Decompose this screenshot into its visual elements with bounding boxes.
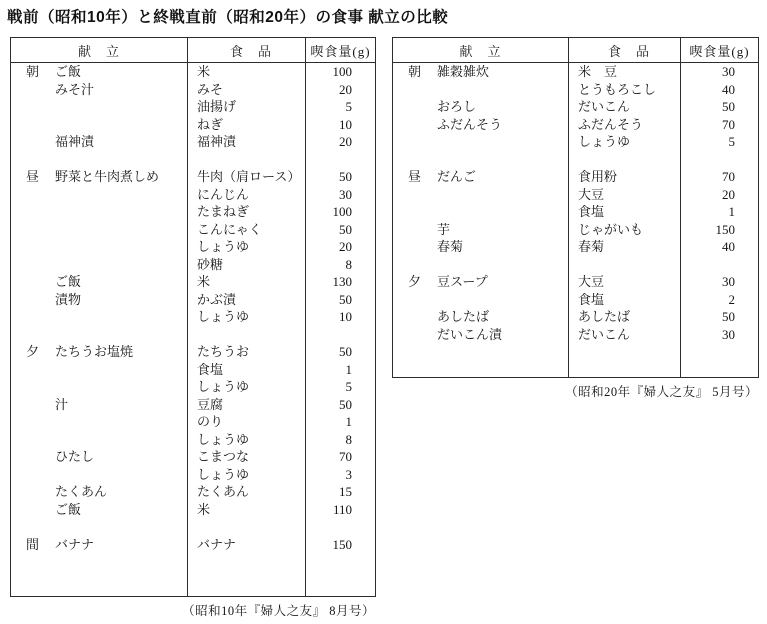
menu-row: しょうゆ3	[11, 466, 376, 484]
food-item-label: たくあん	[188, 483, 306, 501]
spacer-row	[11, 151, 376, 169]
menu-row: 食塩2	[393, 291, 759, 309]
menu-cell: たくあん	[11, 483, 188, 501]
menu-row: だいこん漬だいこん30	[393, 326, 759, 344]
menu-item-label: ひたし	[55, 449, 94, 464]
spacer-row	[11, 518, 376, 536]
menu-row: のり1	[11, 413, 376, 431]
meal-label: 朝	[26, 63, 55, 81]
menu-cell	[393, 133, 569, 151]
food-item-label: かぶ漬	[188, 291, 306, 309]
food-item-label	[569, 151, 681, 169]
menu-item-label: 雑穀雑炊	[437, 64, 489, 79]
menu-cell	[11, 413, 188, 431]
food-item-label	[188, 151, 306, 169]
menu-cell: 芋	[393, 221, 569, 239]
food-item-label: みそ	[188, 81, 306, 99]
food-item-label: 米	[188, 501, 306, 519]
food-column-header: 食 品	[188, 38, 306, 63]
menu-row: おろしだいこん50	[393, 98, 759, 116]
menu-cell: 漬物	[11, 291, 188, 309]
menu-row: 夕たちうお塩焼たちうお50	[11, 343, 376, 361]
food-item-label: バナナ	[188, 536, 306, 554]
menu-row: みそ汁みそ20	[11, 81, 376, 99]
menu-row: ふだんそうふだんそう70	[393, 116, 759, 134]
food-item-label: にんじん	[188, 186, 306, 204]
amount-value: 50	[306, 396, 376, 414]
menu-cell	[11, 256, 188, 274]
food-item-label: あしたば	[569, 308, 681, 326]
menu-cell: 福神漬	[11, 133, 188, 151]
amount-value: 15	[306, 483, 376, 501]
menu-row: とうもろこし40	[393, 81, 759, 99]
menu-row: 春菊春菊40	[393, 238, 759, 256]
amount-value: 10	[306, 308, 376, 326]
menu-cell: 夕たちうお塩焼	[11, 343, 188, 361]
menu-cell	[11, 518, 188, 536]
menu-cell	[11, 326, 188, 344]
menu-cell	[393, 256, 569, 274]
food-item-label: だいこん	[569, 98, 681, 116]
menu-cell: みそ汁	[11, 81, 188, 99]
menu-cell: 汁	[11, 396, 188, 414]
amount-value: 10	[306, 116, 376, 134]
menu-cell: 間バナナ	[11, 536, 188, 554]
food-item-label: 大豆	[569, 273, 681, 291]
menu-row: 朝ご飯米100	[11, 63, 376, 81]
showa10-menu-table: 献 立 食 品 喫食量(g) 朝ご飯米100みそ汁みそ20油揚げ5ねぎ10福神漬…	[10, 37, 376, 597]
food-item-label: しょうゆ	[188, 238, 306, 256]
menu-cell: 昼だんご	[393, 168, 569, 186]
amount-value	[306, 326, 376, 344]
amount-value: 30	[681, 273, 759, 291]
amount-value: 50	[306, 291, 376, 309]
food-item-label: 油揚げ	[188, 98, 306, 116]
menu-row: 昼野菜と牛肉煮しめ牛肉（肩ロース）50	[11, 168, 376, 186]
menu-cell	[11, 221, 188, 239]
spacer-row	[393, 151, 759, 169]
food-item-label: じゃがいも	[569, 221, 681, 239]
menu-item-label: 汁	[55, 397, 68, 412]
amount-value: 100	[306, 63, 376, 81]
menu-item-label: 野菜と牛肉煮しめ	[55, 169, 159, 184]
showa20-source-caption: （昭和20年『婦人之友』 5月号）	[392, 382, 758, 400]
menu-cell: 昼野菜と牛肉煮しめ	[11, 168, 188, 186]
menu-cell	[393, 81, 569, 99]
menu-row: ひたしこまつな70	[11, 448, 376, 466]
food-item-label: しょうゆ	[188, 308, 306, 326]
amount-value: 70	[681, 116, 759, 134]
menu-item-label: ご飯	[55, 274, 81, 289]
food-item-label: しょうゆ	[188, 466, 306, 484]
amount-value	[681, 151, 759, 169]
menu-item-label: ご飯	[55, 64, 81, 79]
menu-item-label: あしたば	[437, 309, 489, 324]
food-item-label: 大豆	[569, 186, 681, 204]
menu-row: 大豆20	[393, 186, 759, 204]
menu-cell: 夕豆スープ	[393, 273, 569, 291]
menu-cell: 春菊	[393, 238, 569, 256]
menu-cell: あしたば	[393, 308, 569, 326]
food-item-label: しょうゆ	[188, 431, 306, 449]
amount-value: 130	[306, 273, 376, 291]
menu-cell: ひたし	[11, 448, 188, 466]
food-item-label	[569, 256, 681, 274]
amount-value: 2	[681, 291, 759, 309]
menu-cell	[11, 116, 188, 134]
menu-row: しょうゆ5	[393, 133, 759, 151]
menu-cell: 朝雑穀雑炊	[393, 63, 569, 81]
menu-cell	[11, 186, 188, 204]
showa20-table-body: 朝雑穀雑炊米 豆30とうもろこし40おろしだいこん50ふだんそうふだんそう70し…	[393, 63, 759, 378]
amount-value: 40	[681, 81, 759, 99]
amount-value: 50	[681, 308, 759, 326]
menu-item-label: 漬物	[55, 292, 81, 307]
meal-label: 夕	[408, 273, 437, 291]
empty-cell	[681, 343, 759, 378]
amount-value: 1	[306, 361, 376, 379]
food-item-label	[188, 518, 306, 536]
menu-cell	[393, 151, 569, 169]
amount-value: 20	[306, 238, 376, 256]
food-item-label: 福神漬	[188, 133, 306, 151]
menu-cell	[11, 466, 188, 484]
menu-column-header: 献 立	[393, 38, 569, 63]
amount-value: 30	[681, 326, 759, 344]
amount-value: 20	[306, 133, 376, 151]
menu-row: しょうゆ10	[11, 308, 376, 326]
menu-row: 砂糖8	[11, 256, 376, 274]
showa20-menu-section: 献 立 食 品 喫食量(g) 朝雑穀雑炊米 豆30とうもろこし40おろしだいこん…	[392, 37, 758, 400]
menu-row: ご飯米130	[11, 273, 376, 291]
menu-cell: だいこん漬	[393, 326, 569, 344]
food-item-label: こまつな	[188, 448, 306, 466]
food-item-label: 食塩	[188, 361, 306, 379]
food-item-label: たちうお	[188, 343, 306, 361]
showa20-menu-table: 献 立 食 品 喫食量(g) 朝雑穀雑炊米 豆30とうもろこし40おろしだいこん…	[392, 37, 759, 378]
food-item-label: 米	[188, 63, 306, 81]
amount-value: 20	[681, 186, 759, 204]
food-item-label: 豆腐	[188, 396, 306, 414]
spacer-row	[11, 326, 376, 344]
menu-cell	[11, 308, 188, 326]
menu-row: しょうゆ20	[11, 238, 376, 256]
food-item-label: たまねぎ	[188, 203, 306, 221]
meal-label: 間	[26, 536, 55, 554]
food-item-label: ねぎ	[188, 116, 306, 134]
menu-row: 間バナナバナナ150	[11, 536, 376, 554]
menu-row: 朝雑穀雑炊米 豆30	[393, 63, 759, 81]
amount-value: 30	[681, 63, 759, 81]
meal-label: 昼	[26, 168, 55, 186]
amount-value: 40	[681, 238, 759, 256]
document-page: 戦前（昭和10年）と終戦直前（昭和20年）の食事 献立の比較 献 立 食 品 喫…	[0, 0, 767, 624]
menu-cell: ご飯	[11, 501, 188, 519]
meal-label: 夕	[26, 343, 55, 361]
menu-item-label: たくあん	[55, 484, 107, 499]
empty-cell	[306, 553, 376, 597]
amount-value: 110	[306, 501, 376, 519]
food-item-label: 牛肉（肩ロース）	[188, 168, 306, 186]
amount-value: 3	[306, 466, 376, 484]
amount-value: 50	[306, 168, 376, 186]
menu-row: 油揚げ5	[11, 98, 376, 116]
amount-value: 8	[306, 431, 376, 449]
meal-label: 昼	[408, 168, 437, 186]
menu-item-label: たちうお塩焼	[55, 344, 133, 359]
menu-item-label: 芋	[437, 222, 450, 237]
amount-value: 100	[306, 203, 376, 221]
food-item-label: 食塩	[569, 203, 681, 221]
header-row: 献 立 食 品 喫食量(g)	[393, 38, 759, 63]
amount-value: 20	[306, 81, 376, 99]
amount-value: 70	[681, 168, 759, 186]
filler-row	[11, 553, 376, 597]
header-row: 献 立 食 品 喫食量(g)	[11, 38, 376, 63]
amount-value: 70	[306, 448, 376, 466]
empty-cell	[393, 343, 569, 378]
menu-item-label: バナナ	[55, 537, 94, 552]
amount-value: 1	[681, 203, 759, 221]
menu-item-label: おろし	[437, 99, 476, 114]
menu-row: たまねぎ100	[11, 203, 376, 221]
menu-row: 汁豆腐50	[11, 396, 376, 414]
filler-row	[393, 343, 759, 378]
menu-cell	[393, 291, 569, 309]
menu-row: 福神漬福神漬20	[11, 133, 376, 151]
menu-row: あしたばあしたば50	[393, 308, 759, 326]
menu-cell	[11, 431, 188, 449]
menu-row: 昼だんご食用粉70	[393, 168, 759, 186]
amount-value: 5	[681, 133, 759, 151]
menu-cell: ふだんそう	[393, 116, 569, 134]
food-item-label: しょうゆ	[188, 378, 306, 396]
menu-item-label: だいこん漬	[437, 327, 502, 342]
spacer-row	[393, 256, 759, 274]
food-item-label: ふだんそう	[569, 116, 681, 134]
menu-cell	[393, 186, 569, 204]
food-item-label	[188, 326, 306, 344]
empty-cell	[569, 343, 681, 378]
menu-row: 食塩1	[11, 361, 376, 379]
food-item-label: しょうゆ	[569, 133, 681, 151]
food-item-label: 砂糖	[188, 256, 306, 274]
meal-label: 朝	[408, 63, 437, 81]
menu-item-label: 春菊	[437, 239, 463, 254]
amount-value: 8	[306, 256, 376, 274]
food-column-header: 食 品	[569, 38, 681, 63]
food-item-label: だいこん	[569, 326, 681, 344]
menu-row: にんじん30	[11, 186, 376, 204]
amount-value: 1	[306, 413, 376, 431]
amount-value: 5	[306, 98, 376, 116]
menu-row: ご飯米110	[11, 501, 376, 519]
amount-value: 5	[306, 378, 376, 396]
food-item-label: 米	[188, 273, 306, 291]
food-item-label: 春菊	[569, 238, 681, 256]
menu-cell	[11, 203, 188, 221]
menu-row: 食塩1	[393, 203, 759, 221]
menu-cell	[11, 378, 188, 396]
menu-cell: ご飯	[11, 273, 188, 291]
food-item-label: のり	[188, 413, 306, 431]
amount-value	[681, 256, 759, 274]
empty-cell	[188, 553, 306, 597]
menu-item-label: ご飯	[55, 502, 81, 517]
amount-value: 150	[306, 536, 376, 554]
amount-value: 50	[681, 98, 759, 116]
amount-value	[306, 518, 376, 536]
menu-column-header: 献 立	[11, 38, 188, 63]
page-title: 戦前（昭和10年）と終戦直前（昭和20年）の食事 献立の比較	[7, 5, 448, 27]
showa10-menu-section: 献 立 食 品 喫食量(g) 朝ご飯米100みそ汁みそ20油揚げ5ねぎ10福神漬…	[10, 37, 375, 619]
showa10-source-caption: （昭和10年『婦人之友』 8月号）	[10, 601, 375, 619]
food-item-label: 米 豆	[569, 63, 681, 81]
menu-item-label: だんご	[437, 169, 476, 184]
food-item-label: 食塩	[569, 291, 681, 309]
menu-row: こんにゃく50	[11, 221, 376, 239]
menu-cell	[393, 203, 569, 221]
amount-value: 150	[681, 221, 759, 239]
food-item-label: とうもろこし	[569, 81, 681, 99]
food-item-label: こんにゃく	[188, 221, 306, 239]
menu-cell: おろし	[393, 98, 569, 116]
menu-cell	[11, 98, 188, 116]
menu-row: 芋じゃがいも150	[393, 221, 759, 239]
menu-cell	[11, 361, 188, 379]
empty-cell	[11, 553, 188, 597]
menu-cell: 朝ご飯	[11, 63, 188, 81]
menu-item-label: ふだんそう	[437, 117, 502, 132]
menu-item-label: 豆スープ	[437, 274, 488, 289]
food-item-label: 食用粉	[569, 168, 681, 186]
showa10-table-body: 朝ご飯米100みそ汁みそ20油揚げ5ねぎ10福神漬福神漬20昼野菜と牛肉煮しめ牛…	[11, 63, 376, 597]
amount-value	[306, 151, 376, 169]
menu-item-label: 福神漬	[55, 134, 94, 149]
menu-row: たくあんたくあん15	[11, 483, 376, 501]
amount-column-header: 喫食量(g)	[306, 38, 376, 63]
menu-row: ねぎ10	[11, 116, 376, 134]
amount-value: 30	[306, 186, 376, 204]
menu-cell	[11, 238, 188, 256]
amount-column-header: 喫食量(g)	[681, 38, 759, 63]
menu-row: 漬物かぶ漬50	[11, 291, 376, 309]
menu-item-label: みそ汁	[55, 82, 94, 97]
menu-row: しょうゆ5	[11, 378, 376, 396]
menu-cell	[11, 151, 188, 169]
menu-row: しょうゆ8	[11, 431, 376, 449]
amount-value: 50	[306, 343, 376, 361]
menu-row: 夕豆スープ大豆30	[393, 273, 759, 291]
amount-value: 50	[306, 221, 376, 239]
